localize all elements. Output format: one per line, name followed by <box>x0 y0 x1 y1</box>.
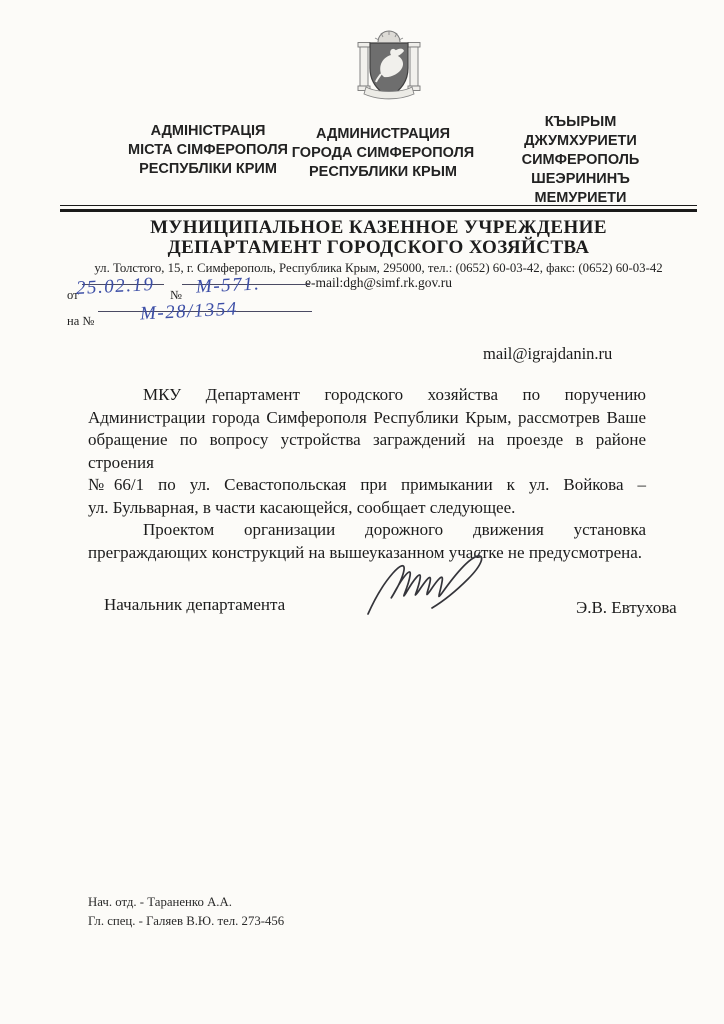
letterhead-line: ГОРОДА СИМФЕРОПОЛЯ <box>288 144 478 163</box>
org-title-line2: ДЕПАРТАМЕНТ ГОРОДСКОГО ХОЗЯЙСТВА <box>60 237 697 259</box>
ref-number-handwritten: М-571. <box>195 273 260 298</box>
ref-reply-label: на № <box>67 314 94 329</box>
executor-footer: Нач. отд. - Тараненко А.А. Гл. спец. - Г… <box>88 893 284 931</box>
body-line: №66/1 по ул. Севастопольская при примыка… <box>88 474 646 497</box>
letterhead-line: МІСТА СІМФЕРОПОЛЯ <box>108 141 308 160</box>
letterhead-russian: АДМИНИСТРАЦИЯ ГОРОДА СИМФЕРОПОЛЯ РЕСПУБЛ… <box>288 125 478 182</box>
letterhead-line: СИМФЕРОПОЛЬ <box>488 151 673 170</box>
org-title-line1: МУНИЦИПАЛЬНОЕ КАЗЕННОЕ УЧРЕЖДЕНИЕ <box>60 217 697 239</box>
ref-date-handwritten: 25.02.19 <box>75 274 155 300</box>
body-line: ул. Бульварная, в части касающейся, сооб… <box>88 497 646 520</box>
letter-body: МКУ Департамент городского хозяйства по … <box>88 384 646 564</box>
signatory-name: Э.В. Евтухова <box>576 598 677 618</box>
crimea-coat-of-arms-icon <box>357 30 421 104</box>
body-line: обращение по вопросу устройства загражде… <box>88 429 646 474</box>
body-line: Проектом организации дорожного движения … <box>88 519 646 542</box>
letterhead-line: ШЕЭРИНИНЪ <box>488 170 673 189</box>
scanned-letter-page: АДМІНІСТРАЦІЯ МІСТА СІМФЕРОПОЛЯ РЕСПУБЛІ… <box>0 0 724 1024</box>
signature-scrawl-icon <box>362 552 522 622</box>
letterhead-line: КЪЫРЫМ <box>488 113 673 132</box>
letterhead-line: АДМИНИСТРАЦИЯ <box>288 125 478 144</box>
footer-line: Нач. отд. - Тараненко А.А. <box>88 893 284 912</box>
letterhead-crimean-tatar: КЪЫРЫМ ДЖУМХУРИЕТИ СИМФЕРОПОЛЬ ШЕЭРИНИНЪ… <box>488 113 673 208</box>
letterhead-line: АДМІНІСТРАЦІЯ <box>108 122 308 141</box>
body-line: МКУ Департамент городского хозяйства по … <box>88 384 646 407</box>
letterhead-ukrainian: АДМІНІСТРАЦІЯ МІСТА СІМФЕРОПОЛЯ РЕСПУБЛІ… <box>108 122 308 179</box>
recipient-email: mail@igrajdanin.ru <box>483 344 612 364</box>
ref-reply-handwritten: М-28/1354 <box>139 298 238 325</box>
letterhead-line: РЕСПУБЛИКИ КРЫМ <box>288 163 478 182</box>
header-divider-rule <box>60 205 697 212</box>
signatory-position: Начальник департамента <box>104 595 285 615</box>
letterhead-line: РЕСПУБЛІКИ КРИМ <box>108 160 308 179</box>
org-email: e-mail:dgh@simf.rk.gov.ru <box>60 275 697 291</box>
footer-line: Гл. спец. - Галяев В.Ю. тел. 273-456 <box>88 912 284 931</box>
letterhead-line: ДЖУМХУРИЕТИ <box>488 132 673 151</box>
body-line: Администрации города Симферополя Республ… <box>88 407 646 430</box>
